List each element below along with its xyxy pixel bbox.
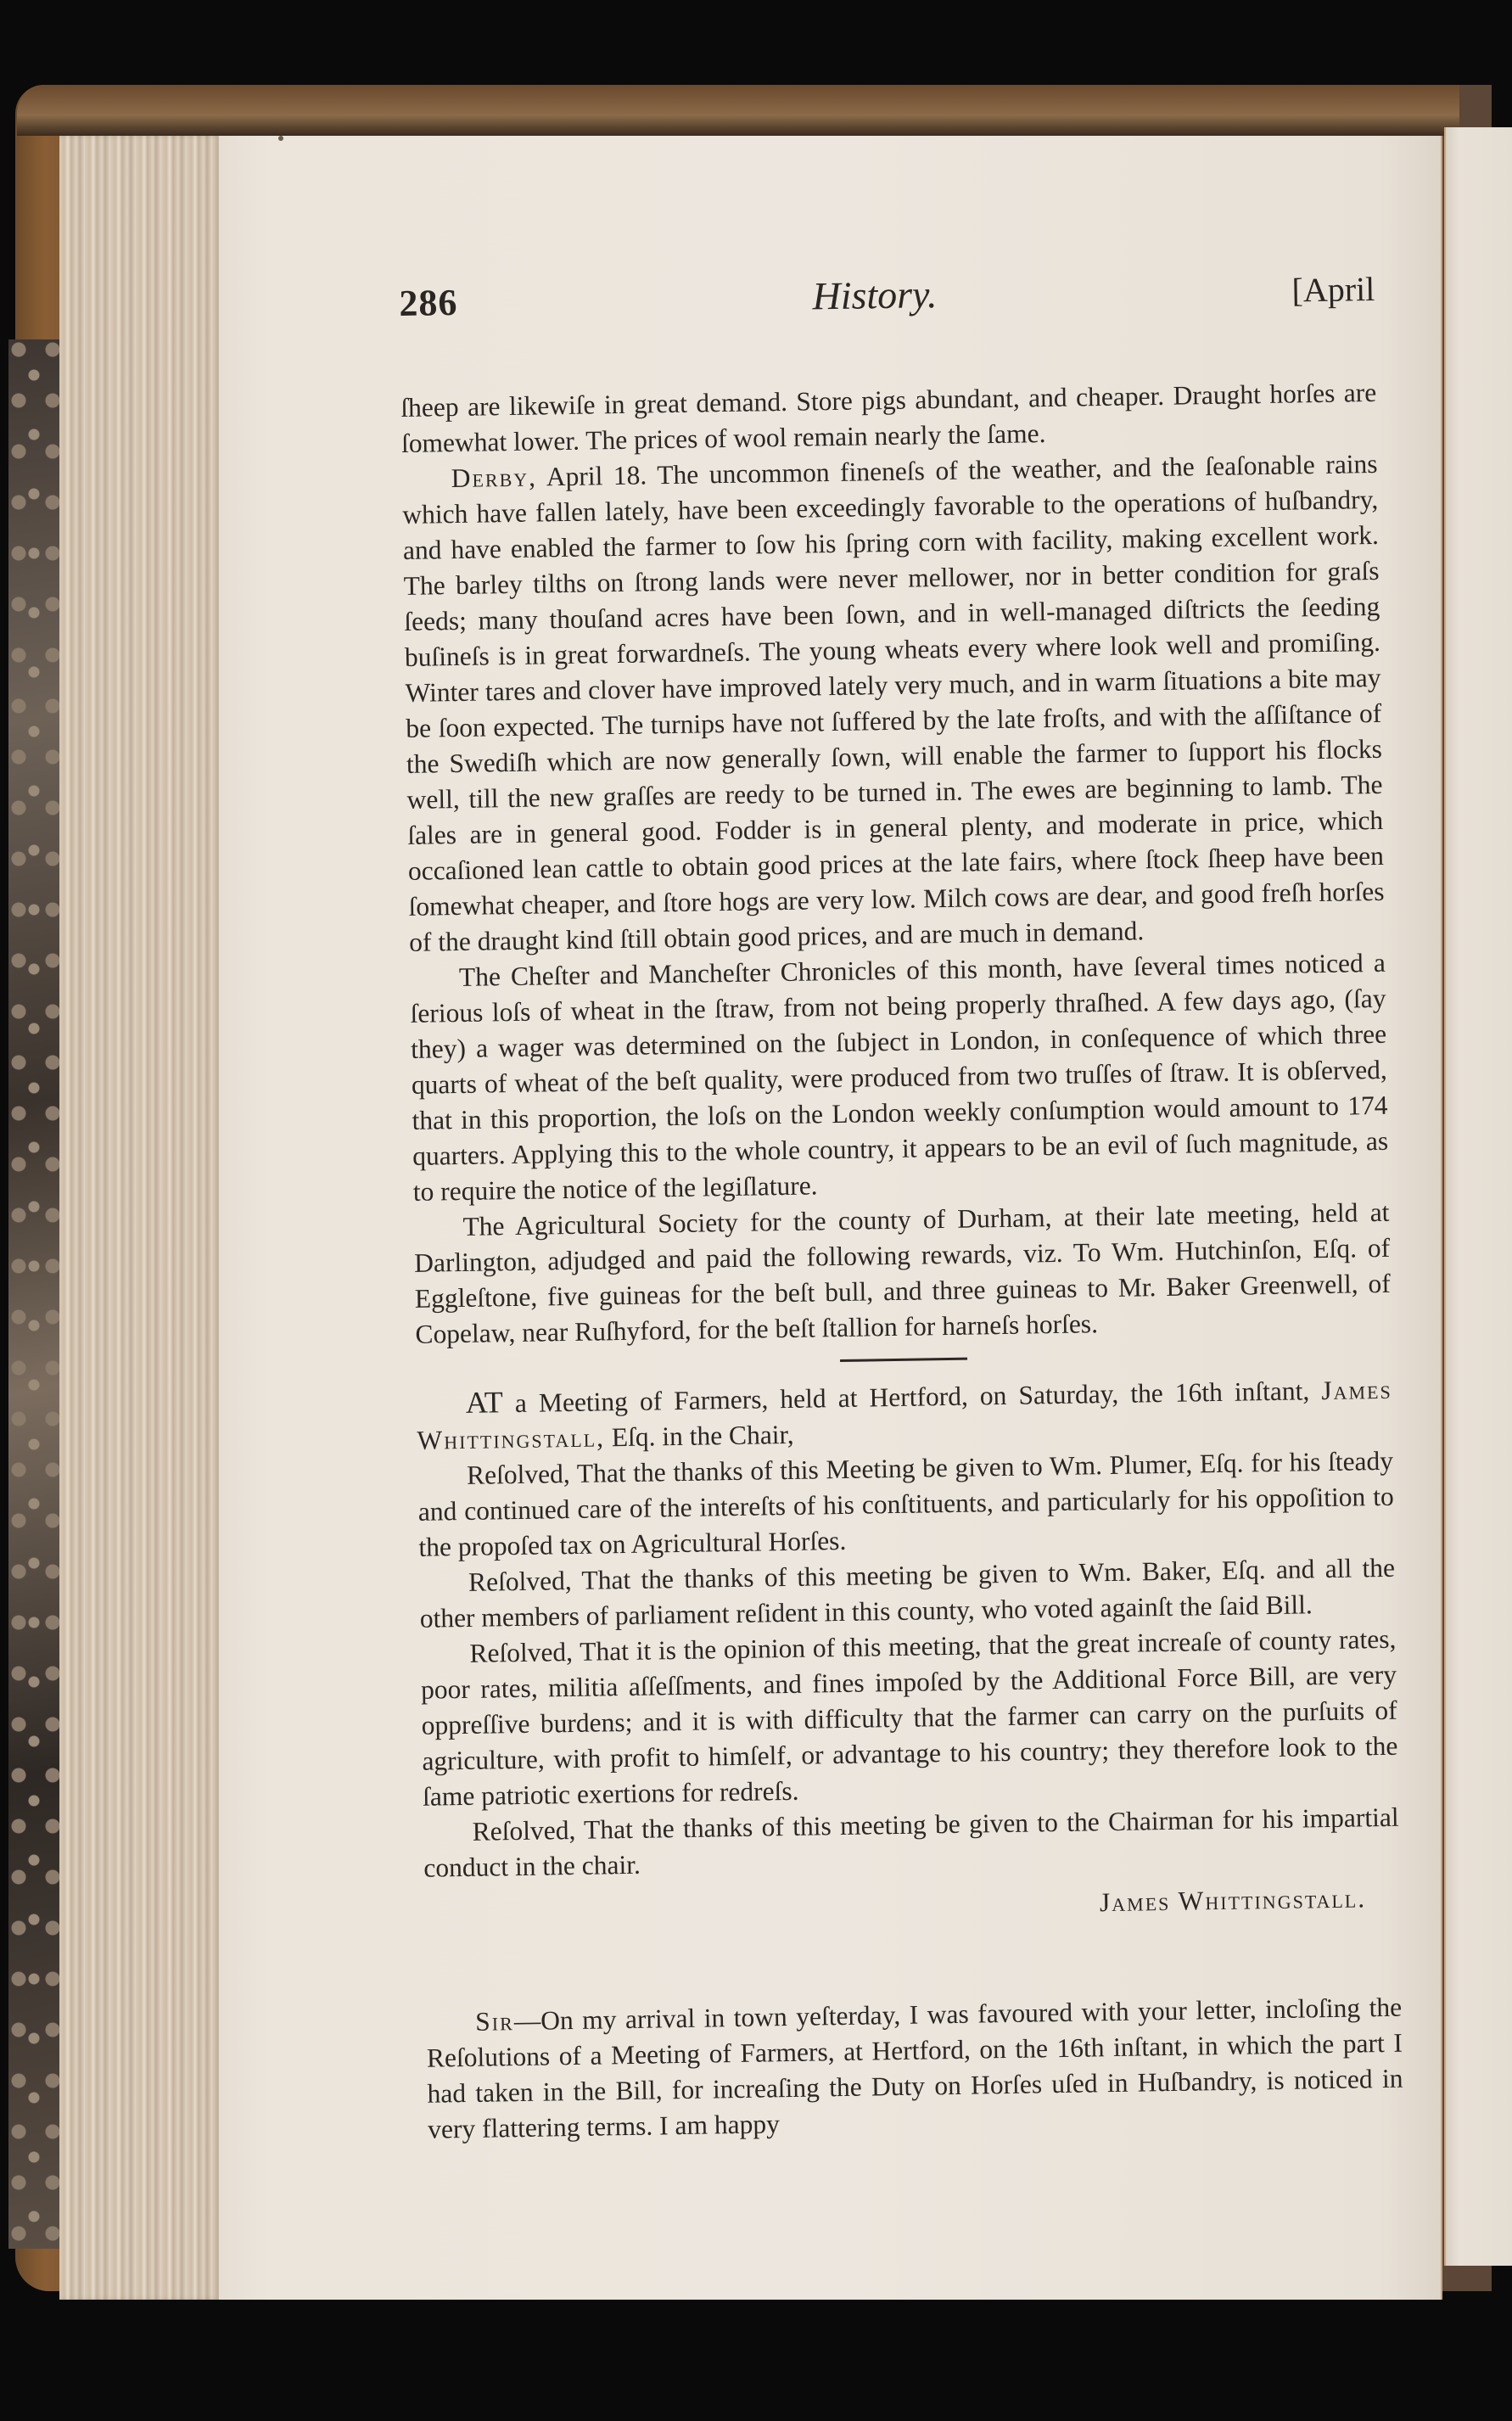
page-number: 286 <box>399 281 458 325</box>
facing-page-edge <box>1444 127 1512 2266</box>
meeting-intro-text: a Meeting of Farmers, held at Hertford, … <box>503 1376 1322 1418</box>
resolution-1: Reſolved, That the thanks of this Meetin… <box>417 1443 1395 1566</box>
page-stack-edge <box>59 136 221 2300</box>
signature: James Whittingstall. <box>424 1883 1366 1928</box>
dateline-derby: Derby, <box>451 462 537 493</box>
letter-body: —On my arrival in town yeſterday, I was … <box>427 1992 1403 2144</box>
paragraph-derby: Derby, April 18. The uncommon fineneſs o… <box>401 446 1385 961</box>
running-title: History. <box>812 272 938 318</box>
resolution-3: Reſolved, That it is the opinion of this… <box>420 1622 1398 1815</box>
paragraph-derby-body: April 18. The uncommon fineneſs of the w… <box>402 449 1385 957</box>
paragraph-durham-society: The Agricultural Society for the county … <box>413 1195 1391 1353</box>
book-cover-top-edge <box>17 85 1459 136</box>
marbled-endpaper <box>8 339 59 2249</box>
page-content: 286 History. [April ſheep are likewiſe i… <box>399 265 1403 2148</box>
meeting-intro-tail: Eſq. in the Chair, <box>605 1420 794 1452</box>
letter-salutation: Sir <box>475 2006 514 2037</box>
paragraph-chester-chronicles: The Cheſter and Mancheſter Chronicles of… <box>410 945 1389 1210</box>
letter-paragraph: Sir—On my arrival in town yeſterday, I w… <box>426 1990 1403 2148</box>
running-month: [April <box>1291 269 1375 311</box>
resolution-4: Reſolved, That the thanks of this meetin… <box>423 1800 1399 1886</box>
section-divider-rule <box>840 1358 967 1362</box>
meeting-intro-lead: AT <box>465 1385 503 1420</box>
paper-speck <box>278 136 283 141</box>
